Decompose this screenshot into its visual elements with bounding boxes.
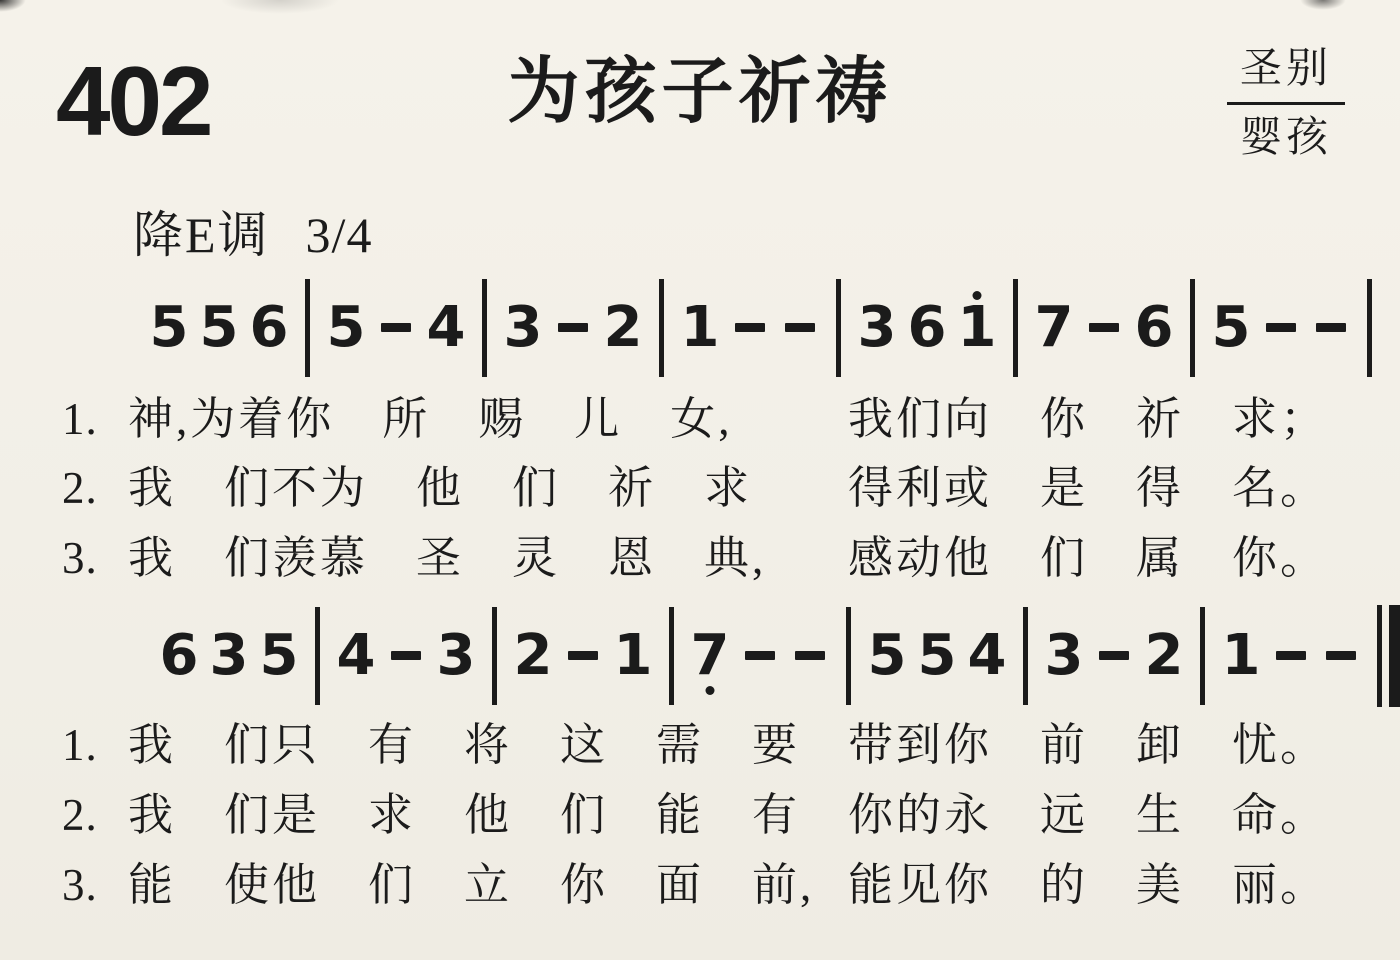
barline bbox=[492, 607, 497, 705]
lyric-text-left: 我 们只 有 将 这 需 要 bbox=[128, 716, 800, 774]
barline bbox=[1013, 279, 1018, 377]
measure: 1 bbox=[1212, 625, 1370, 687]
barline bbox=[315, 607, 320, 705]
note-digit: 3 bbox=[852, 297, 902, 359]
note-digit: 4 bbox=[331, 625, 381, 687]
barline bbox=[669, 607, 674, 705]
duration-dash bbox=[725, 297, 775, 359]
duration-dash bbox=[548, 297, 598, 359]
barline bbox=[1190, 279, 1195, 377]
verse-number: 3. bbox=[62, 529, 98, 587]
note-digit: 3 bbox=[431, 625, 481, 687]
verse-number: 1. bbox=[62, 716, 98, 774]
lyric-text-right: 我们向 你 祈 求； bbox=[848, 390, 1328, 448]
scan-artifact bbox=[0, 0, 26, 12]
note-digit: 7 bbox=[685, 625, 735, 687]
lyric-text-left: 我 们羡慕 圣 灵 恩 典, bbox=[128, 529, 766, 587]
dash-bar bbox=[1326, 651, 1356, 660]
lyric-text-left: 我 们是 求 他 们 能 有 bbox=[128, 786, 800, 844]
lyrics-verse-line: 1.神,为着你 所 赐 儿 女,我们向 你 祈 求； bbox=[0, 390, 1400, 448]
note-digit: 4 bbox=[962, 625, 1012, 687]
verse-number: 1. bbox=[62, 390, 98, 448]
lyric-text-right: 你的永 远 生 命。 bbox=[848, 786, 1328, 844]
barline bbox=[846, 607, 851, 705]
lyrics-verse-line: 3.我 们羡慕 圣 灵 恩 典,感动他 们 属 你。 bbox=[0, 529, 1400, 587]
dash-bar bbox=[1099, 651, 1129, 660]
octave-dot-below bbox=[706, 686, 715, 695]
measure: 554 bbox=[858, 625, 1016, 687]
measure: 21 bbox=[504, 625, 662, 687]
duration-dash bbox=[1079, 297, 1129, 359]
note-digit: 4 bbox=[421, 297, 471, 359]
notation-line-2: 63543217554321 bbox=[150, 604, 1400, 708]
lyric-text-left: 能 使他 们 立 你 面 前, bbox=[128, 856, 814, 914]
note-digit: 1 bbox=[1216, 625, 1266, 687]
dash-bar bbox=[735, 323, 765, 332]
dash-bar bbox=[1316, 323, 1346, 332]
lyric-text-right: 得利或 是 得 名。 bbox=[848, 459, 1328, 517]
lyrics-verse-line: 2.我 们是 求 他 们 能 有你的永 远 生 命。 bbox=[0, 786, 1400, 844]
note-digit: 5 bbox=[254, 625, 304, 687]
duration-dash bbox=[371, 297, 421, 359]
note-digit: 5 bbox=[194, 297, 244, 359]
dash-bar bbox=[568, 651, 598, 660]
hymnal-page: 402 为孩子祈祷 圣别 婴孩 降E调3/4 55654321361765 1.… bbox=[0, 0, 1400, 960]
note-digit: 1 bbox=[952, 297, 1002, 359]
lyric-text-left: 我 们不为 他 们 祈 求 bbox=[128, 459, 752, 517]
scan-artifact bbox=[1300, 0, 1346, 10]
duration-dash bbox=[775, 297, 825, 359]
dash-bar bbox=[1266, 323, 1296, 332]
duration-dash bbox=[558, 625, 608, 687]
note-digit: 5 bbox=[862, 625, 912, 687]
barline bbox=[305, 279, 310, 377]
measure: 556 bbox=[140, 297, 298, 359]
note-digit: 1 bbox=[608, 625, 658, 687]
key-label: 降E调 bbox=[133, 207, 270, 263]
barline bbox=[836, 279, 841, 377]
hymn-number: 402 bbox=[56, 52, 211, 150]
duration-dash bbox=[1306, 297, 1356, 359]
measure: 32 bbox=[1035, 625, 1193, 687]
duration-dash bbox=[1089, 625, 1139, 687]
lyric-text-left: 神,为着你 所 赐 儿 女, bbox=[128, 390, 733, 448]
measure: 32 bbox=[494, 297, 652, 359]
page-title: 为孩子祈祷 bbox=[507, 56, 892, 128]
note-digit: 6 bbox=[1129, 297, 1179, 359]
lyric-text-right: 带到你 前 卸 忧。 bbox=[848, 716, 1328, 774]
note-digit: 1 bbox=[675, 297, 725, 359]
measure: 1 bbox=[671, 297, 829, 359]
verse-number: 3. bbox=[62, 856, 98, 914]
note-digit: 2 bbox=[1139, 625, 1189, 687]
barline bbox=[1367, 279, 1372, 377]
final-barline-thin bbox=[1377, 605, 1382, 707]
lyrics-verse-line: 2.我 们不为 他 们 祈 求得利或 是 得 名。 bbox=[0, 459, 1400, 517]
final-barline bbox=[1377, 605, 1400, 707]
scan-artifact bbox=[220, 0, 340, 14]
measure: 76 bbox=[1025, 297, 1183, 359]
verse-number: 2. bbox=[62, 786, 98, 844]
measure: 361 bbox=[848, 297, 1006, 359]
duration-dash bbox=[1266, 625, 1316, 687]
category-tag: 圣别 婴孩 bbox=[1218, 48, 1354, 159]
time-signature: 3/4 bbox=[306, 207, 373, 263]
measure: 43 bbox=[327, 625, 485, 687]
note-digit: 7 bbox=[1029, 297, 1079, 359]
duration-dash bbox=[785, 625, 835, 687]
note-digit: 5 bbox=[144, 297, 194, 359]
dash-bar bbox=[558, 323, 588, 332]
note-digit: 5 bbox=[912, 625, 962, 687]
duration-dash bbox=[381, 625, 431, 687]
octave-dot-above bbox=[973, 291, 982, 300]
note-digit: 2 bbox=[508, 625, 558, 687]
lyric-text-right: 能见你 的 美 丽。 bbox=[848, 856, 1328, 914]
key-time-signature: 降E调3/4 bbox=[133, 210, 372, 260]
note-digit: 2 bbox=[598, 297, 648, 359]
duration-dash bbox=[735, 625, 785, 687]
barline bbox=[1023, 607, 1028, 705]
dash-bar bbox=[785, 323, 815, 332]
category-top-label: 圣别 bbox=[1218, 48, 1354, 102]
dash-bar bbox=[1089, 323, 1119, 332]
category-bottom-label: 婴孩 bbox=[1218, 105, 1354, 159]
dash-bar bbox=[391, 651, 421, 660]
note-digit: 6 bbox=[244, 297, 294, 359]
lyric-text-right: 感动他 们 属 你。 bbox=[848, 529, 1328, 587]
note-digit: 6 bbox=[154, 625, 204, 687]
measure: 5 bbox=[1202, 297, 1360, 359]
note-digit: 6 bbox=[902, 297, 952, 359]
barline bbox=[1200, 607, 1205, 705]
duration-dash bbox=[1256, 297, 1306, 359]
note-digit: 3 bbox=[204, 625, 254, 687]
measure: 7 bbox=[681, 625, 839, 687]
dash-bar bbox=[745, 651, 775, 660]
measure: 635 bbox=[150, 625, 308, 687]
barline bbox=[659, 279, 664, 377]
dash-bar bbox=[381, 323, 411, 332]
note-digit: 3 bbox=[498, 297, 548, 359]
dash-bar bbox=[795, 651, 825, 660]
verse-number: 2. bbox=[62, 459, 98, 517]
measure: 54 bbox=[317, 297, 475, 359]
notation-line-1: 55654321361765 bbox=[140, 276, 1379, 380]
final-barline-thick bbox=[1389, 605, 1400, 707]
note-digit: 3 bbox=[1039, 625, 1089, 687]
dash-bar bbox=[1276, 651, 1306, 660]
note-digit: 5 bbox=[1206, 297, 1256, 359]
duration-dash bbox=[1316, 625, 1366, 687]
barline bbox=[482, 279, 487, 377]
lyrics-verse-line: 3.能 使他 们 立 你 面 前,能见你 的 美 丽。 bbox=[0, 856, 1400, 914]
note-digit: 5 bbox=[321, 297, 371, 359]
lyrics-verse-line: 1.我 们只 有 将 这 需 要带到你 前 卸 忧。 bbox=[0, 716, 1400, 774]
